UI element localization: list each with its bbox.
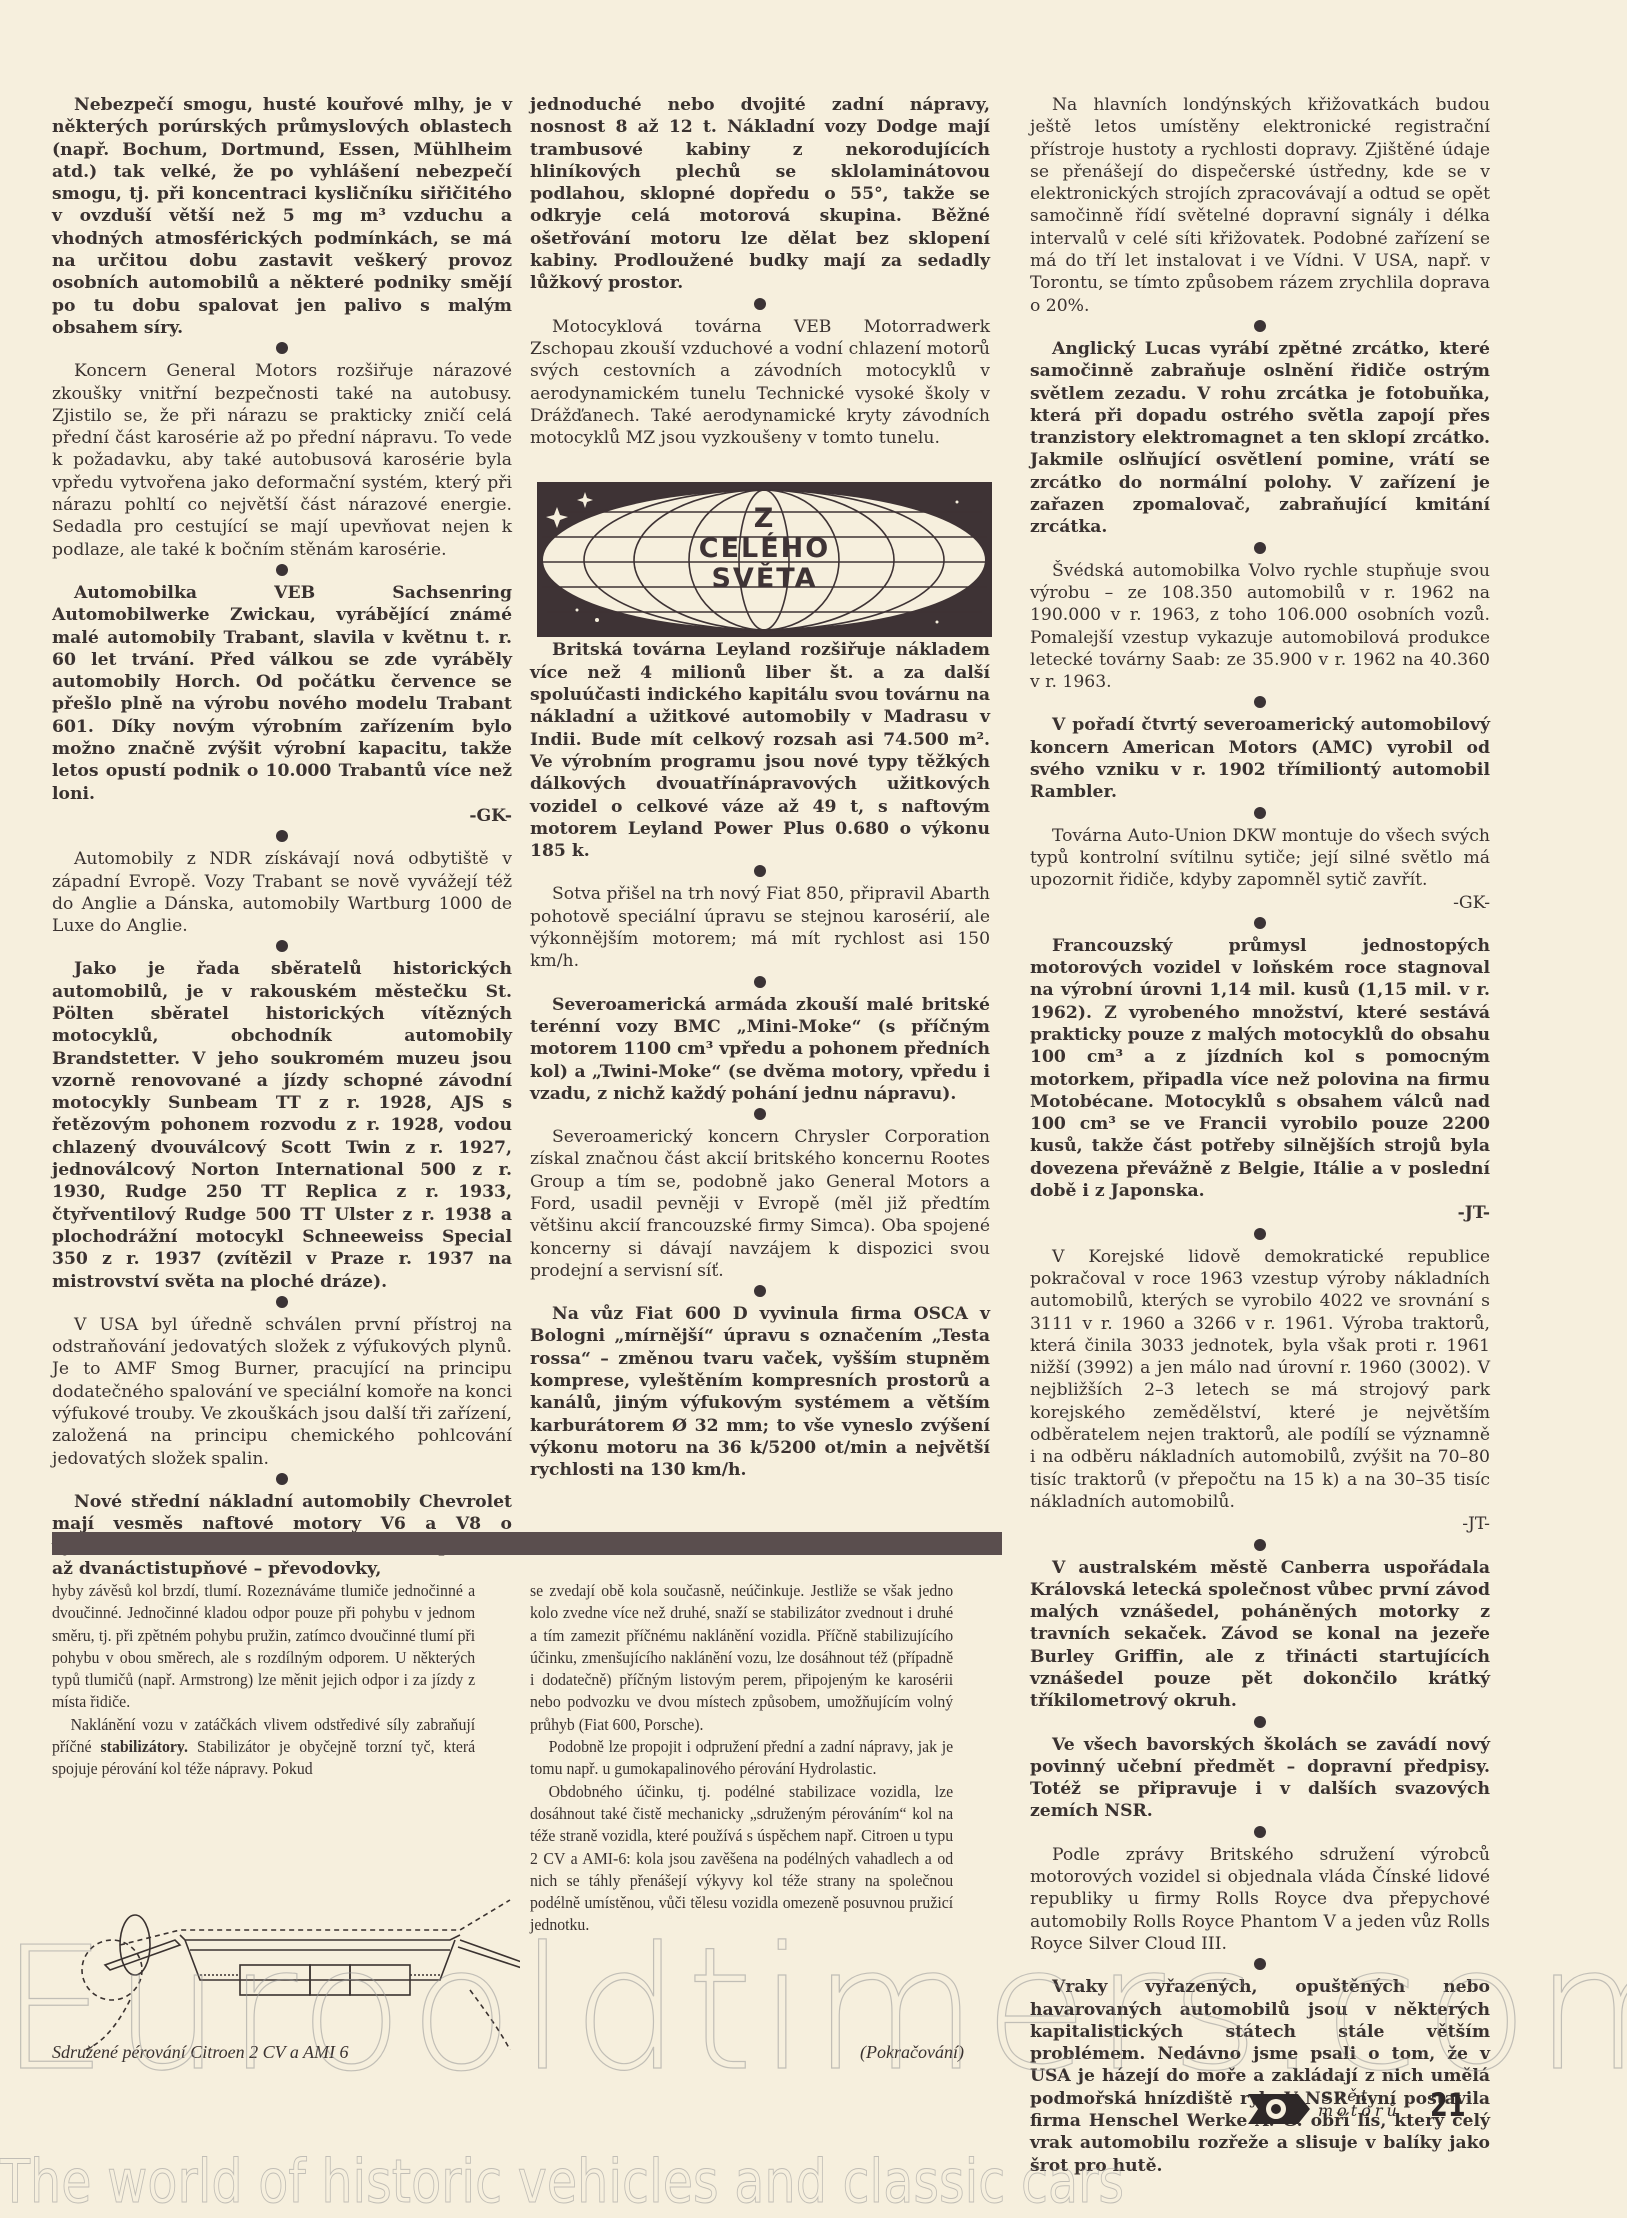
bullet-separator-icon <box>754 1108 766 1120</box>
author-signature: -GK- <box>52 805 512 827</box>
author-signature: -JT- <box>1030 1513 1490 1535</box>
bullet-separator-icon <box>276 564 288 576</box>
bullet-separator-icon <box>1254 696 1266 708</box>
watermark-tagline: The world of historic vehicles and class… <box>0 2150 1124 2214</box>
suspension-article-left: hyby závěsů kol brzdí, tlumí. Rozeznávám… <box>52 1580 475 1781</box>
banner-title: Z CELÉHO SVĚTA <box>537 504 992 594</box>
bullet-separator-icon <box>276 1473 288 1485</box>
bullet-separator-icon <box>1254 917 1266 929</box>
article-car-wrecks: Vraky vyřazených, opuštěných nebo havaro… <box>1030 1976 1490 2177</box>
article-korea-production: V Korejské lidově demokratické republice… <box>1030 1246 1490 1536</box>
article-bavaria-schools: Ve všech bavorských školách se zavádí no… <box>1030 1734 1490 1823</box>
article-osca-fiat: Na vůz Fiat 600 D vyvinula firma OSCA v … <box>530 1303 990 1481</box>
article-amc-rambler: V pořadí čtvrtý severoamerický automobil… <box>1030 714 1490 803</box>
bullet-separator-icon <box>276 830 288 842</box>
article-lucas-mirror: Anglický Lucas vyrábí zpětné zrcátko, kt… <box>1030 338 1490 539</box>
bullet-separator-icon <box>1254 1539 1266 1551</box>
bullet-separator-icon <box>1254 1958 1266 1970</box>
article-volvo: Švédská automobilka Volvo rychle stupňuj… <box>1030 560 1490 694</box>
bullet-separator-icon <box>1254 1228 1266 1240</box>
bullet-separator-icon <box>754 976 766 988</box>
suspension-article-right: se zvedají obě kola současně, neúčinkuje… <box>530 1580 953 1937</box>
bullet-separator-icon <box>276 1296 288 1308</box>
article-leyland: Britská továrna Leyland rozšiřuje náklad… <box>530 639 990 862</box>
article-chrysler-rootes: Severoamerický koncern Chrysler Corporat… <box>530 1126 990 1282</box>
author-signature: -GK- <box>1030 892 1490 914</box>
column-middle: jednoduché nebo dvojité zadní nápravy, n… <box>530 94 990 1482</box>
article-rolls-royce-china: Podle zprávy Britského sdružení výrobců … <box>1030 1844 1490 1955</box>
article-abarth-850: Sotva přišel na trh nový Fiat 850, připr… <box>530 883 990 972</box>
section-divider <box>52 1532 1002 1555</box>
bullet-separator-icon <box>1254 1826 1266 1838</box>
page-number: 21 <box>1430 2086 1466 2124</box>
article-smog: Nebezpečí smogu, husté kouřové mlhy, je … <box>52 94 512 339</box>
article-ndr-exports: Automobily z NDR získávají nová odbytišt… <box>52 848 512 937</box>
article-french-motorcycles: Francouzský průmysl jednostopých motorov… <box>1030 935 1490 1225</box>
article-canberra-hovercraft: V australském městě Canberra uspořádala … <box>1030 1557 1490 1713</box>
continued-label: (Pokračování) <box>860 2042 964 2063</box>
column-left: Nebezpečí smogu, husté kouřové mlhy, je … <box>52 94 512 1580</box>
article-mz-wind-tunnel: Motocyklová továrna VEB Motorradwerk Zsc… <box>530 316 990 450</box>
citroen-suspension-diagram <box>40 1850 520 2050</box>
figure-caption: Sdružené pérování Citroen 2 CV a AMI 6 <box>52 2042 348 2063</box>
author-signature: -JT- <box>1030 1202 1490 1224</box>
article-smog-burner: V USA byl úředně schválen první přístroj… <box>52 1314 512 1470</box>
magazine-page: Nebezpečí smogu, husté kouřové mlhy, je … <box>0 0 1627 2218</box>
bullet-separator-icon <box>754 298 766 310</box>
column-right: Na hlavních londýnských křižovatkách bud… <box>1030 94 1490 2177</box>
bullet-separator-icon <box>276 342 288 354</box>
article-sachsenring: Automobilka VEB Sachsenring Automobilwer… <box>52 582 512 827</box>
article-mini-moke: Severoamerická armáda zkouší malé britsk… <box>530 994 990 1105</box>
article-dodge-trucks: jednoduché nebo dvojité zadní nápravy, n… <box>530 94 990 295</box>
article-dkw-choke: Továrna Auto-Union DKW montuje do všech … <box>1030 825 1490 914</box>
article-gm-crash-tests: Koncern General Motors rozšiřuje nárazov… <box>52 360 512 561</box>
article-motorcycle-collector: Jako je řada sběratelů historických auto… <box>52 958 512 1292</box>
magazine-brand: svět motorů <box>1318 2088 1401 2118</box>
bullet-separator-icon <box>754 1285 766 1297</box>
bullet-separator-icon <box>1254 542 1266 554</box>
article-london-traffic: Na hlavních londýnských křižovatkách bud… <box>1030 94 1490 317</box>
section-banner-z-celeho-sveta: Z CELÉHO SVĚTA <box>537 482 992 637</box>
bullet-separator-icon <box>1254 1716 1266 1728</box>
bullet-separator-icon <box>1254 807 1266 819</box>
bullet-separator-icon <box>754 865 766 877</box>
svet-motoru-logo-icon <box>1248 2094 1310 2124</box>
bullet-separator-icon <box>1254 320 1266 332</box>
bullet-separator-icon <box>276 940 288 952</box>
